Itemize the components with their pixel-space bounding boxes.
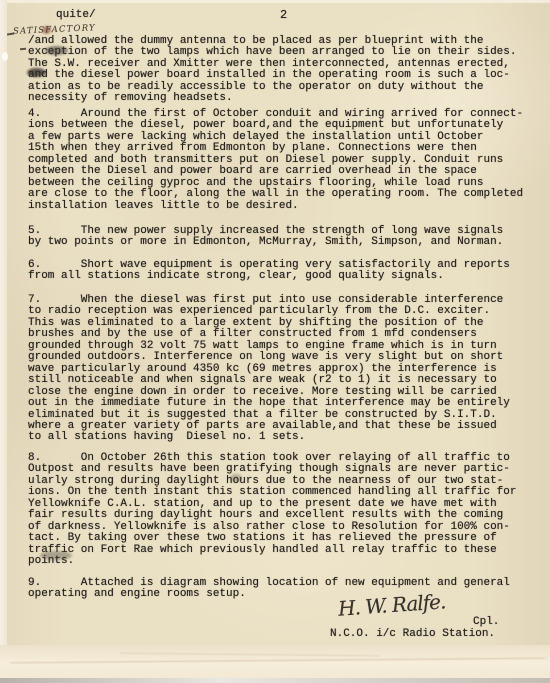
ink-overstrike — [40, 551, 72, 560]
paper-edge-top — [0, 0, 550, 3]
paragraph-7: 7. When the diesel was first put into us… — [28, 295, 534, 444]
paragraph-5: 5. The new power supply increased the st… — [28, 226, 534, 249]
document-scan: quite/ 2 SATISFACTORY /and allowed the d… — [0, 0, 550, 683]
paragraph-8: 8. On October 26th this station took ove… — [28, 453, 534, 568]
signature-handwritten: H. W. Ralfe. — [338, 596, 446, 615]
ink-smudge — [42, 26, 51, 34]
paragraph-6: 6. Short wave equipment is operating ver… — [28, 260, 534, 283]
pencil-tick — [20, 48, 26, 50]
ink-smudge — [45, 46, 68, 55]
ink-overstrike — [230, 474, 242, 482]
page-number: 2 — [280, 10, 287, 21]
paragraph-continuation: /and allowed the dummy antenna to be pla… — [28, 36, 534, 105]
paragraph-4: 4. Around the first of October conduit a… — [28, 109, 534, 212]
signature-title: N.C.O. i/c Radio Station. — [330, 629, 495, 640]
paragraph-9: 9. Attached is diagram showing location … — [28, 578, 534, 601]
signature-rank: Cpl. — [473, 617, 499, 628]
paper-edge-left — [0, 0, 7, 683]
ink-smudge — [27, 68, 46, 77]
paper-edge-bottom — [0, 678, 550, 683]
paper-spot — [2, 52, 8, 61]
header-note: quite/ — [56, 10, 96, 21]
